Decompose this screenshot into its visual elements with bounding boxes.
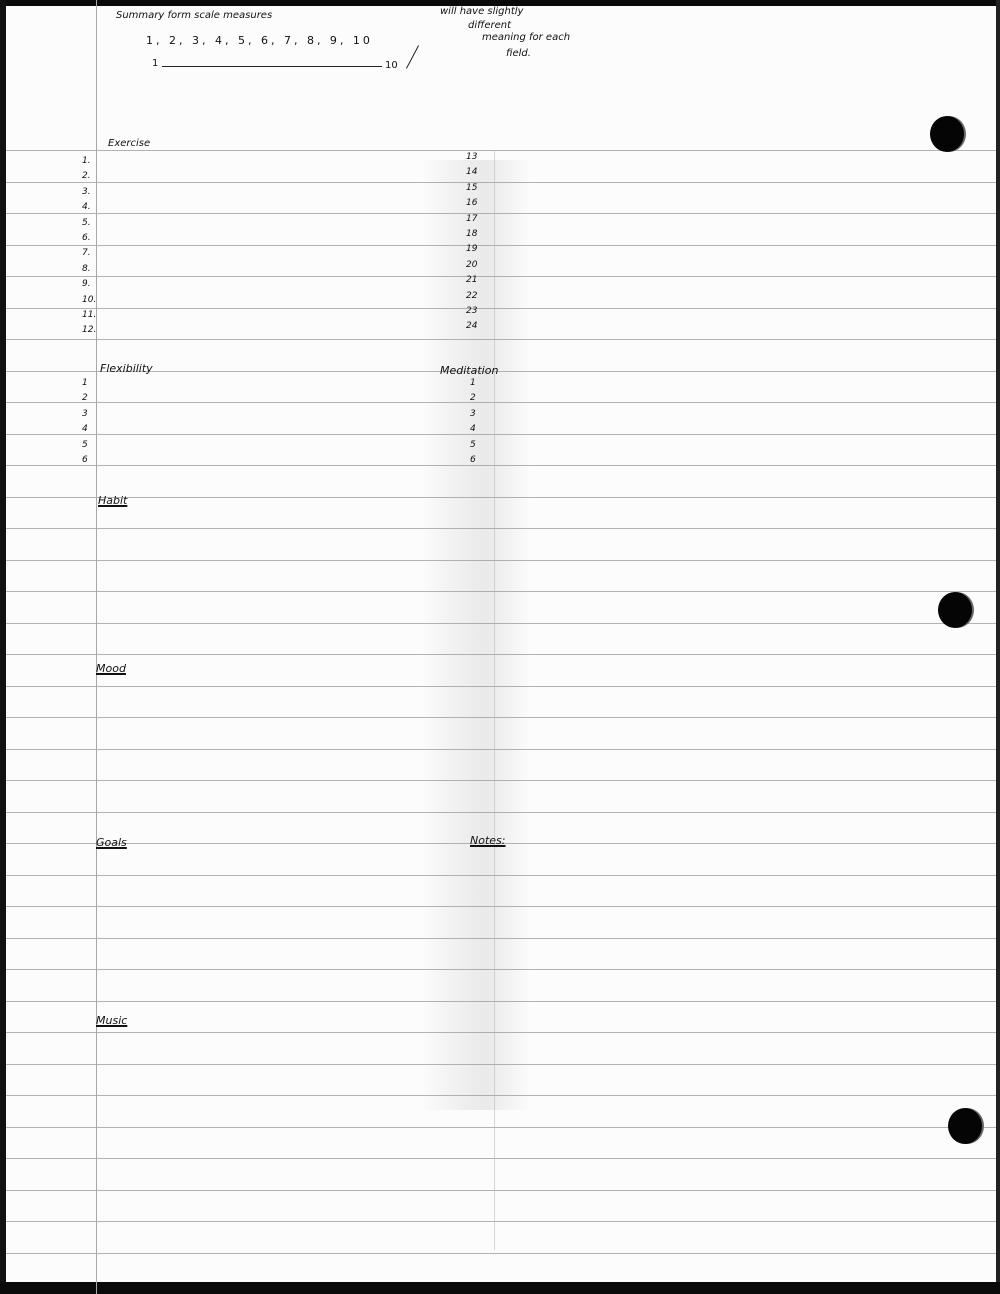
scan-border-left bbox=[0, 0, 6, 1294]
ruled-line bbox=[6, 465, 996, 466]
ruled-line bbox=[6, 150, 996, 151]
ruled-line bbox=[6, 938, 996, 939]
flexibility-numbers: 123456 bbox=[82, 376, 88, 468]
row-number: 2 bbox=[82, 391, 88, 406]
exercise-heading: Exercise bbox=[108, 138, 150, 149]
scale-line bbox=[162, 66, 382, 67]
row-number: 3 bbox=[82, 407, 88, 422]
ruled-line bbox=[6, 1127, 996, 1128]
row-number: 5. bbox=[82, 216, 96, 231]
ruled-line bbox=[6, 749, 996, 750]
ruled-line bbox=[6, 308, 996, 309]
row-number: 10. bbox=[82, 293, 96, 308]
row-number: 11. bbox=[82, 308, 96, 323]
binder-hole-bottom bbox=[948, 1108, 982, 1144]
side-note-line-3: meaning for each bbox=[482, 32, 570, 43]
exercise-right-numbers: 131415161718192021222324 bbox=[466, 150, 477, 335]
ruled-line bbox=[6, 182, 996, 183]
row-number: 1 bbox=[82, 376, 88, 391]
row-number: 13 bbox=[466, 150, 477, 165]
header-title: Summary form scale measures bbox=[116, 10, 272, 21]
row-number: 7. bbox=[82, 246, 96, 261]
ruled-line bbox=[6, 339, 996, 340]
ruled-line bbox=[6, 812, 996, 813]
row-number: 20 bbox=[466, 258, 477, 273]
row-number: 18 bbox=[466, 227, 477, 242]
row-number: 14 bbox=[466, 165, 477, 180]
habit-heading: Habit bbox=[98, 494, 127, 507]
binder-hole-middle bbox=[938, 592, 972, 628]
ruled-line bbox=[6, 1064, 996, 1065]
side-note-line-2: different bbox=[468, 20, 511, 31]
ruled-line bbox=[6, 434, 996, 435]
ruled-line bbox=[6, 717, 996, 718]
meditation-numbers: 123456 bbox=[470, 376, 476, 468]
ruled-line bbox=[6, 528, 996, 529]
ruled-line bbox=[6, 654, 996, 655]
scan-border-bottom bbox=[0, 1282, 1000, 1294]
notes-heading: Notes: bbox=[470, 834, 505, 847]
ruled-line bbox=[6, 1158, 996, 1159]
row-number: 22 bbox=[466, 289, 477, 304]
ruled-line bbox=[6, 276, 996, 277]
scale-max: 10 bbox=[385, 60, 398, 71]
row-number: 4 bbox=[470, 422, 476, 437]
goals-heading: Goals bbox=[96, 836, 127, 849]
row-number: 5 bbox=[82, 438, 88, 453]
music-heading: Music bbox=[96, 1014, 127, 1027]
center-fold-line bbox=[494, 150, 495, 1250]
mood-heading: Mood bbox=[96, 662, 126, 675]
row-number: 12. bbox=[82, 323, 96, 338]
ruled-line bbox=[6, 402, 996, 403]
row-number: 23 bbox=[466, 304, 477, 319]
ruled-line bbox=[6, 497, 996, 498]
ruled-line bbox=[6, 623, 996, 624]
side-note-line-1: will have slightly bbox=[440, 6, 523, 17]
ruled-line bbox=[6, 1221, 996, 1222]
scale-min: 1 bbox=[152, 58, 158, 69]
row-number: 2. bbox=[82, 169, 96, 184]
ruled-line bbox=[6, 560, 996, 561]
row-number: 5 bbox=[470, 438, 476, 453]
ruled-line bbox=[6, 969, 996, 970]
scale-values: 1, 2, 3, 4, 5, 6, 7, 8, 9, 10 bbox=[146, 34, 373, 47]
row-number: 1. bbox=[82, 154, 96, 169]
row-number: 6 bbox=[470, 453, 476, 468]
row-number: 24 bbox=[466, 319, 477, 334]
ruled-line bbox=[6, 1032, 996, 1033]
row-number: 17 bbox=[466, 212, 477, 227]
ruled-line bbox=[6, 1001, 996, 1002]
row-number: 21 bbox=[466, 273, 477, 288]
ruled-line bbox=[6, 591, 996, 592]
flexibility-heading: Flexibility bbox=[100, 362, 153, 375]
ruled-line bbox=[6, 1095, 996, 1096]
row-number: 6 bbox=[82, 453, 88, 468]
row-number: 3 bbox=[470, 407, 476, 422]
ruled-line bbox=[6, 1190, 996, 1191]
row-number: 4. bbox=[82, 200, 96, 215]
exercise-left-numbers: 1.2.3.4.5.6.7.8.9.10.11.12. bbox=[82, 154, 96, 339]
row-number: 9. bbox=[82, 277, 96, 292]
ruled-line bbox=[6, 1253, 996, 1254]
row-number: 8. bbox=[82, 262, 96, 277]
binder-hole-top bbox=[930, 116, 964, 152]
row-number: 16 bbox=[466, 196, 477, 211]
ruled-line bbox=[6, 371, 996, 372]
ruled-line bbox=[6, 906, 996, 907]
side-note-line-4: field. bbox=[506, 48, 531, 59]
row-number: 1 bbox=[470, 376, 476, 391]
row-number: 3. bbox=[82, 185, 96, 200]
row-number: 2 bbox=[470, 391, 476, 406]
row-number: 15 bbox=[466, 181, 477, 196]
ruled-line bbox=[6, 686, 996, 687]
ruled-line bbox=[6, 245, 996, 246]
ruled-line bbox=[6, 875, 996, 876]
ruled-line bbox=[6, 213, 996, 214]
row-number: 4 bbox=[82, 422, 88, 437]
ruled-line bbox=[6, 780, 996, 781]
scan-border-right bbox=[996, 0, 1000, 1294]
row-number: 6. bbox=[82, 231, 96, 246]
row-number: 19 bbox=[466, 242, 477, 257]
